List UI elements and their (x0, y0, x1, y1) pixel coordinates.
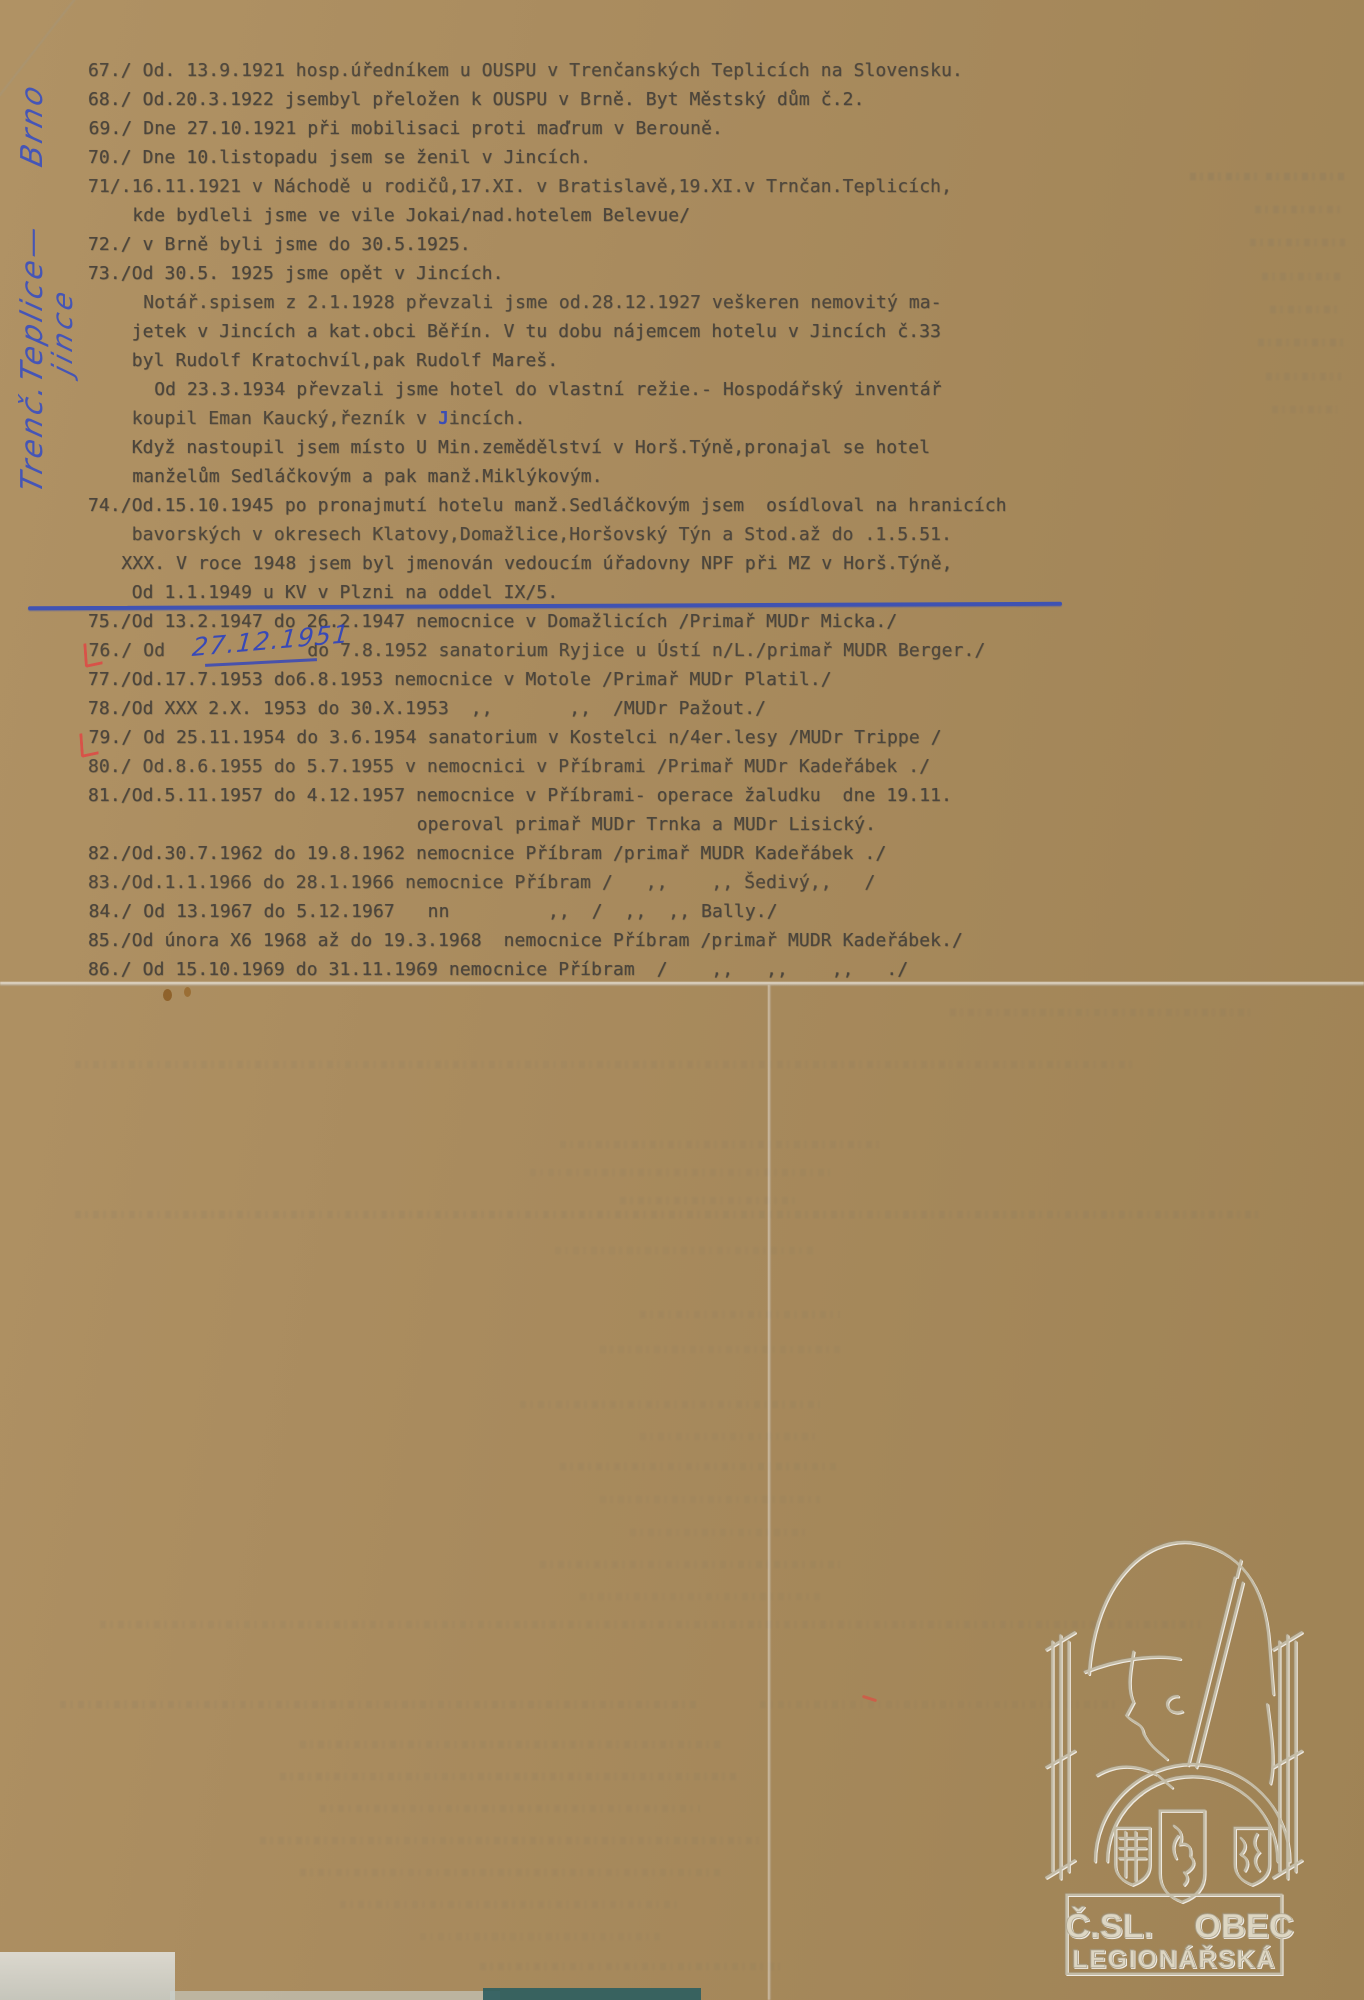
bleedthrough-smudge (1262, 273, 1342, 281)
typed-line: 72./ v Brně byli jsme do 30.5.1925. (88, 230, 1007, 259)
bleedthrough-smudge (75, 1211, 1260, 1219)
watermark-word2: LEGIONÁŘSKÁ (1072, 1944, 1276, 1974)
typed-line: 83./Od.1.1.1966 do 28.1.1966 nemocnice P… (88, 868, 1007, 897)
scanbed-gray-patch (0, 1952, 175, 2000)
typed-line: 67./ Od. 13.9.1921 hosp.úředníkem u OUSP… (88, 56, 1007, 85)
red-checkmark-line79 (79, 730, 98, 758)
bleedthrough-smudge (600, 1496, 820, 1504)
watermark-word1: OBEC (1194, 1907, 1294, 1945)
bleedthrough-smudge (640, 1433, 820, 1441)
typed-line: 81./Od.5.11.1957 do 4.12.1957 nemocnice … (88, 781, 1007, 810)
watermark-abbr: Č.SL. (1065, 1905, 1153, 1945)
bleedthrough-smudge (1266, 373, 1341, 381)
bleedthrough-smudge (950, 1009, 1250, 1017)
legionnaire-watermark-logo: Č.SL. OBEC LEGIONÁŘSKÁ (1036, 1522, 1312, 1988)
bleedthrough-smudge (300, 1869, 720, 1877)
typed-line: Když nastoupil jsem místo U Min.zeměděls… (88, 433, 1007, 462)
typed-line: 85./Od února X6 1968 až do 19.3.1968 nem… (88, 926, 1007, 955)
typed-line: 73./Od 30.5. 1925 jsme opět v Jincích. (88, 259, 1007, 288)
typed-line: kde bydleli jsme ve vile Jokai/nad.hotel… (89, 201, 1008, 230)
typewritten-text-block: 67./ Od. 13.9.1921 hosp.úředníkem u OUSP… (88, 56, 1007, 984)
brown-stain (184, 987, 191, 997)
scanbed-teal-strip (483, 1988, 701, 2000)
typed-line: byl Rudolf Kratochvíl,pak Rudolf Mareš. (88, 346, 1007, 375)
bleedthrough-smudge (1272, 406, 1337, 414)
bleedthrough-smudge (280, 1773, 740, 1781)
bleedthrough-smudge (300, 1741, 720, 1749)
blue-pen-overwrite: J (438, 408, 449, 429)
typed-line: Notář.spisem z 2.1.1928 převzali jsme od… (89, 288, 1008, 317)
typed-line: Od 23.3.1934 převzali jsme hotel do vlas… (89, 375, 1008, 404)
typed-line: 70./ Dne 10.listopadu jsem se ženil v Ji… (88, 143, 1007, 172)
bleedthrough-smudge (75, 1061, 1135, 1069)
bleedthrough-smudge (340, 1901, 680, 1909)
typed-line: jetek v Jincích a kat.obci Běřín. V tu d… (88, 317, 1007, 346)
bleedthrough-smudge (420, 1933, 660, 1941)
bleedthrough-smudge (1255, 206, 1340, 214)
watermark-text: Č.SL. OBEC LEGIONÁŘSKÁ (1065, 1905, 1293, 1973)
bleedthrough-smudge (260, 1837, 760, 1845)
bleedthrough-smudge (555, 1247, 815, 1255)
bleedthrough-smudge (1250, 239, 1345, 247)
bleedthrough-smudge (640, 1311, 840, 1319)
typed-line: 71/.16.11.1921 v Náchodě u rodičů,17.XI.… (88, 172, 1007, 201)
typed-text: koupil Eman Kaucký,řezník v (88, 408, 438, 429)
bleedthrough-smudge (530, 1169, 830, 1177)
bleedthrough-smudge (620, 1197, 800, 1205)
typed-line: koupil Eman Kaucký,řezník v Jincích. (88, 404, 1007, 433)
bleedthrough-smudge (1258, 339, 1343, 347)
bleedthrough-smudge (540, 1561, 840, 1569)
typed-line: 80./ Od.8.6.1955 do 5.7.1955 v nemocnici… (88, 752, 1007, 781)
typed-text: incích. (449, 408, 526, 429)
typed-line: 79./ Od 25.11.1954 do 3.6.1954 sanatoriu… (89, 723, 1008, 752)
bleedthrough-smudge (630, 1529, 810, 1537)
horizontal-fold-crease (0, 982, 1364, 986)
scanbed-gray-strip (170, 1991, 500, 2000)
bleedthrough-smudge (520, 1401, 820, 1409)
bleedthrough-smudge (1190, 173, 1258, 181)
rifle-icon (1188, 1560, 1243, 1767)
typed-line: 69./ Dne 27.10.1921 při mobilisaci proti… (89, 114, 1008, 143)
bleedthrough-smudge (580, 1593, 820, 1601)
typed-line: 84./ Od 13.1967 do 5.12.1967 nn ,, / ,, … (89, 897, 1008, 926)
bleedthrough-smudge (560, 1141, 880, 1149)
scanned-document-scene: 67./ Od. 13.9.1921 hosp.úředníkem u OUSP… (0, 0, 1364, 2000)
bleedthrough-smudge (600, 1346, 840, 1354)
margin-handwriting-line2: jince (46, 17, 79, 378)
typed-line: operoval primař MUDr Trnka a MUDr Lisick… (89, 810, 1008, 839)
typed-line: 86./ Od 15.10.1969 do 31.11.1969 nemocni… (88, 955, 1007, 984)
bleedthrough-smudge (60, 1701, 700, 1709)
typed-line: manželům Sedláčkovým a pak manž.Miklýkov… (89, 462, 1008, 491)
bleedthrough-smudge (560, 1463, 840, 1471)
brown-stain (163, 989, 172, 1001)
typed-line: 74./Od.15.10.1945 po pronajmutí hotelu m… (88, 491, 1007, 520)
vertical-fold-crease (768, 985, 771, 2000)
typed-line: XXX. V roce 1948 jsem byl jmenován vedou… (89, 549, 1008, 578)
bleedthrough-smudge (1266, 173, 1344, 181)
shield-icon (1160, 1811, 1205, 1902)
typed-line: 77./Od.17.7.1953 do6.8.1953 nemocnice v … (88, 665, 1007, 694)
typed-line: 78./Od XXX 2.X. 1953 do 30.X.1953 ,, ,, … (88, 694, 1007, 723)
helmet-icon (1089, 1542, 1273, 1694)
typed-line: 82./Od.30.7.1962 do 19.8.1962 nemocnice … (88, 839, 1007, 868)
margin-handwriting-line1: Trenč.Teplice— Brno (15, 18, 50, 497)
bleedthrough-smudge (320, 1805, 700, 1813)
red-checkmark-line76 (83, 640, 102, 668)
bleedthrough-smudge (100, 1621, 1200, 1629)
margin-handwriting: Trenč.Teplice— Brno jince (15, 22, 99, 492)
typed-line: bavorských v okresech Klatovy,Domažlice,… (88, 520, 1007, 549)
bleedthrough-smudge (1270, 306, 1340, 314)
typed-line: 68./ Od.20.3.1922 jsembyl přeložen k OUS… (88, 85, 1007, 114)
bleedthrough-smudge (480, 1963, 780, 1971)
